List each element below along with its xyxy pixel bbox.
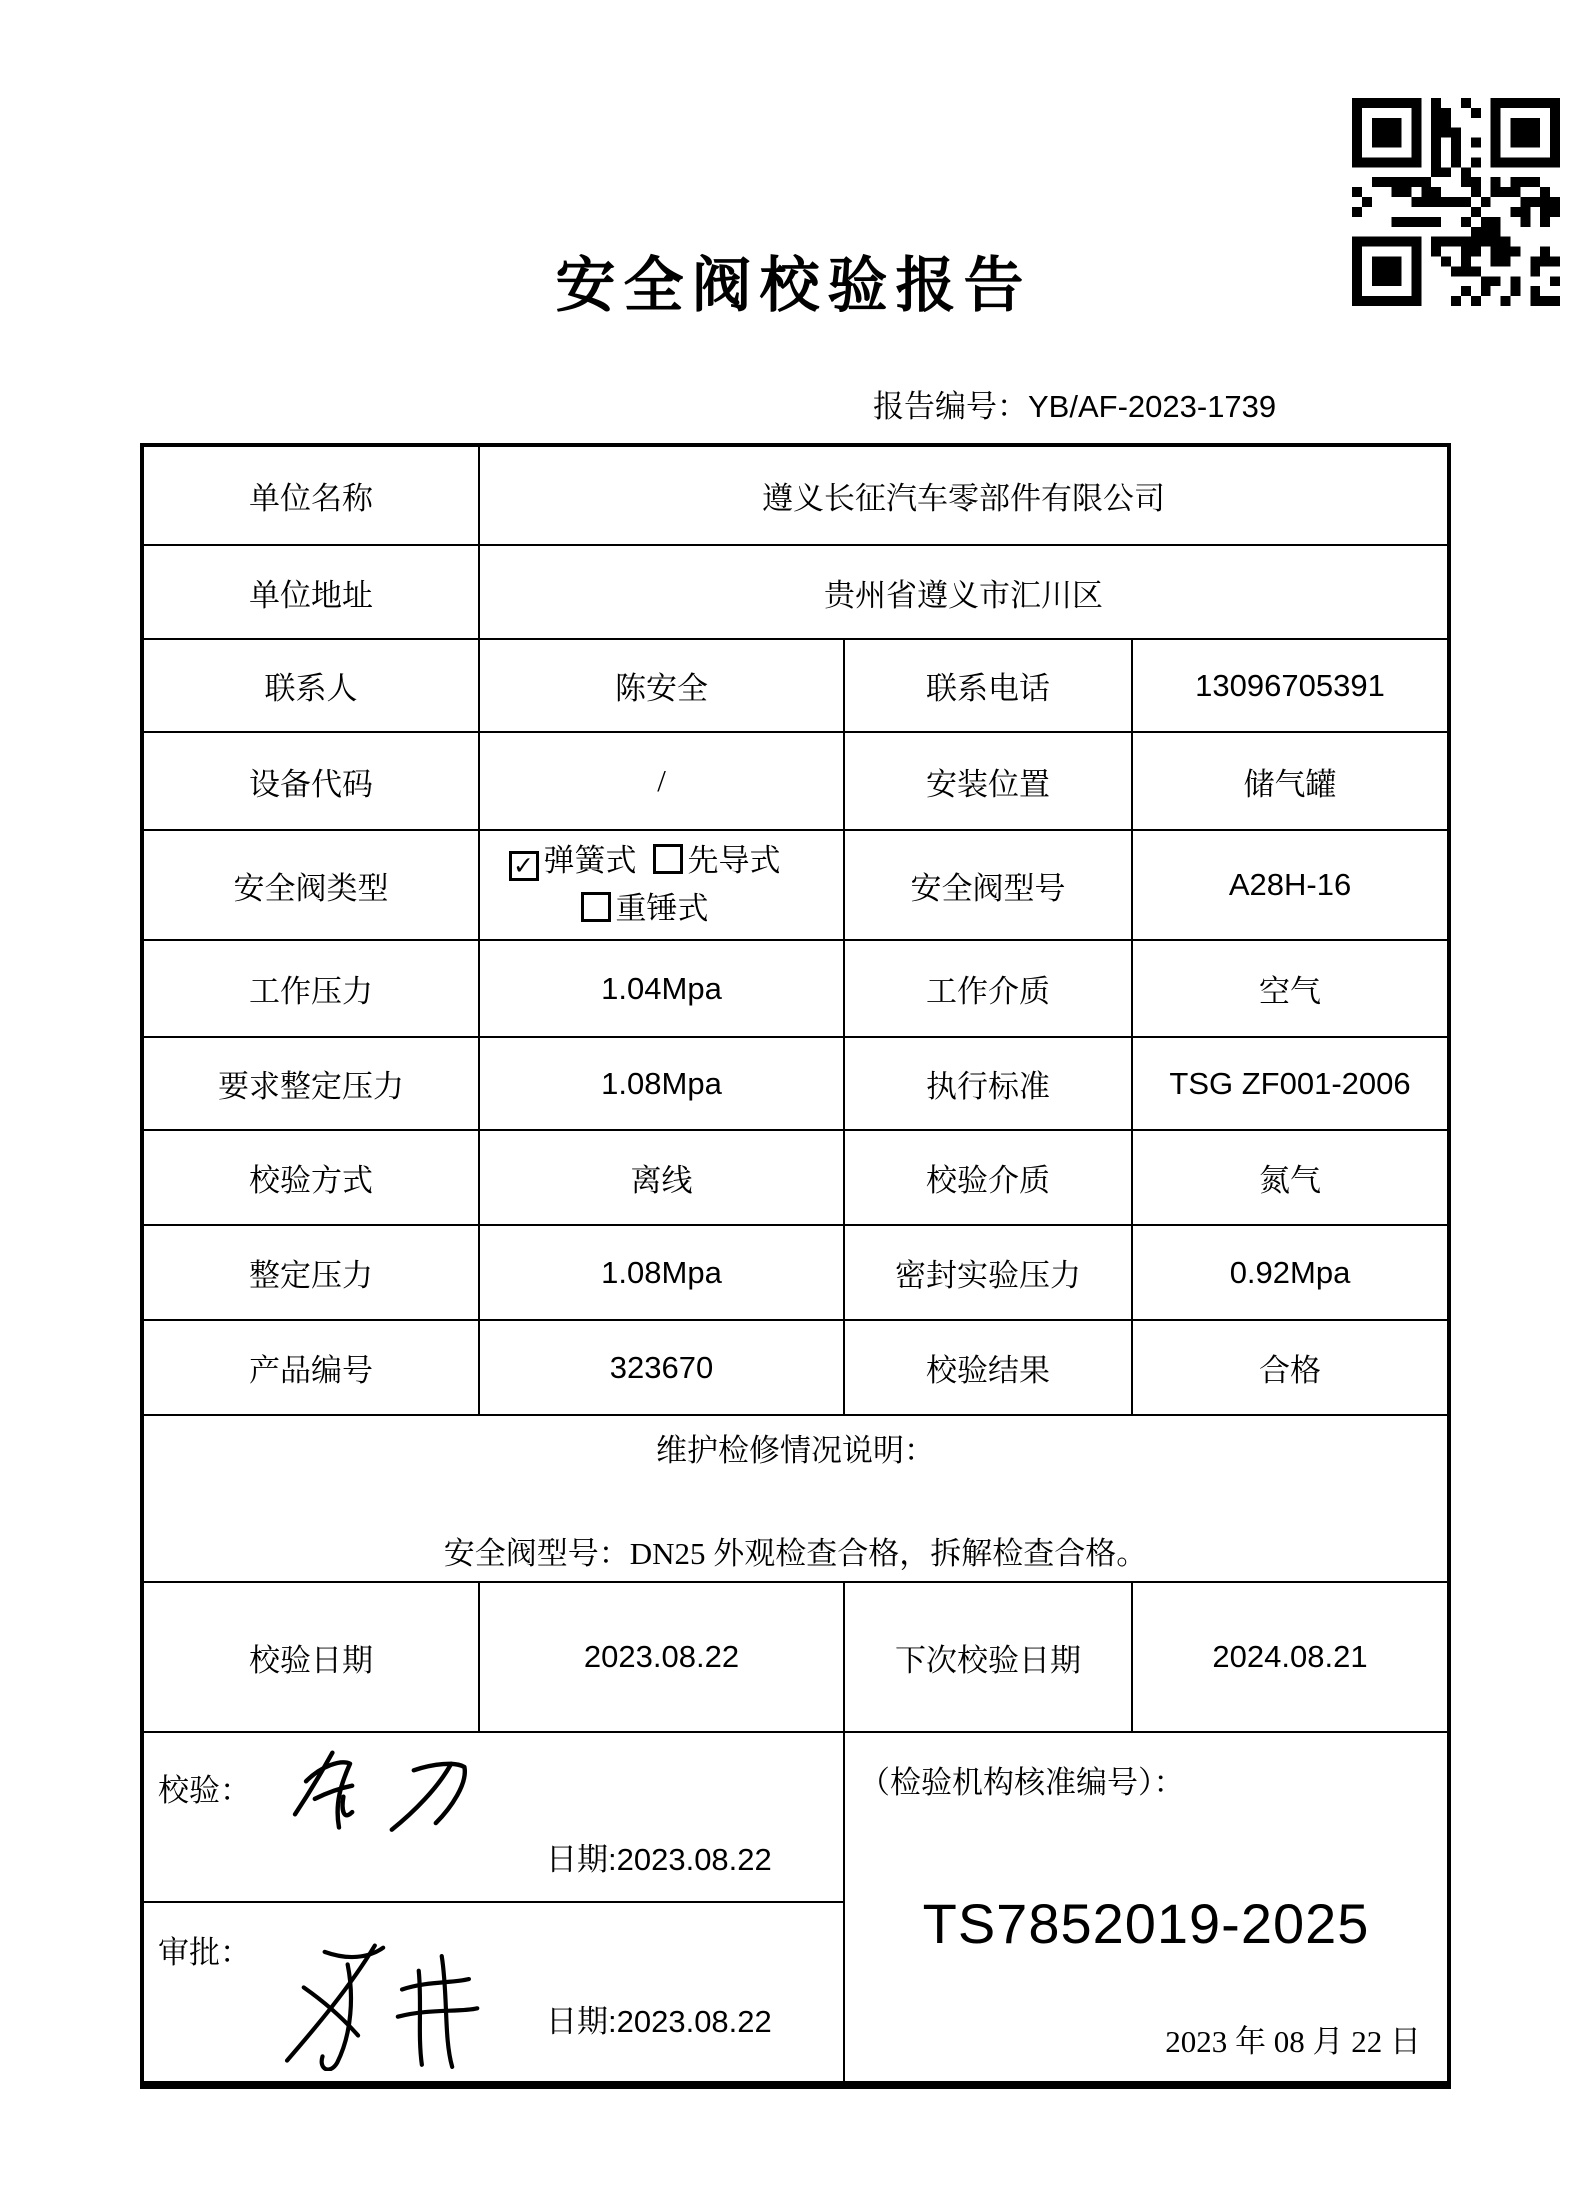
field-value-result: 合格	[1132, 1320, 1449, 1415]
maintenance-note-title: 维护检修情况说明：	[144, 1425, 1447, 1470]
approver-date: 日期:2023.08.22	[546, 1996, 772, 2041]
report-number-value: YB/AF-2023-1739	[1028, 389, 1276, 424]
table-row: 校验： 日期:2023.08.22 （检验机构核准编号）： TS7852019-…	[142, 1732, 1449, 1902]
field-value-work-medium: 空气	[1132, 940, 1449, 1037]
field-value-calibration-date: 2023.08.22	[479, 1582, 844, 1732]
valve-type-option-label: 弹簧式	[544, 843, 637, 878]
approver-cell: 审批： 日期:2023.08.22	[142, 1902, 844, 2085]
field-label-unit-addr: 单位地址	[142, 545, 479, 639]
field-value-calibration-method: 离线	[479, 1130, 844, 1225]
field-label-work-medium: 工作介质	[844, 940, 1132, 1037]
field-label-standard: 执行标准	[844, 1037, 1132, 1130]
verifier-label: 校验：	[158, 1765, 251, 1810]
field-value-contact: 陈安全	[479, 639, 844, 732]
field-label-next-calibration-date: 下次校验日期	[844, 1582, 1132, 1732]
field-value-set-pressure: 1.08Mpa	[479, 1225, 844, 1320]
page-title: 安全阀校验报告	[0, 238, 1587, 324]
field-value-install-pos: 储气罐	[1132, 732, 1449, 830]
table-row: 单位名称 遵义长征汽车零部件有限公司	[142, 445, 1449, 545]
field-label-phone: 联系电话	[844, 639, 1132, 732]
field-label-valve-type: 安全阀类型	[142, 830, 479, 940]
report-page: 安全阀校验报告 报告编号：YB/AF-2023-1739 单位名称 遵义长征汽车…	[0, 0, 1587, 2189]
field-value-required-set-pressure: 1.08Mpa	[479, 1037, 844, 1130]
table-row: 整定压力 1.08Mpa 密封实验压力 0.92Mpa	[142, 1225, 1449, 1320]
valve-type-option: 先导式	[653, 837, 781, 885]
table-row: 产品编号 323670 校验结果 合格	[142, 1320, 1449, 1415]
field-label-result: 校验结果	[844, 1320, 1132, 1415]
report-number-label: 报告编号：	[873, 389, 1028, 424]
field-label-calibration-date: 校验日期	[142, 1582, 479, 1732]
agency-code: TS7852019-2025	[845, 1891, 1447, 1956]
table-row: 校验方式 离线 校验介质 氮气	[142, 1130, 1449, 1225]
approver-signature	[264, 1931, 494, 2071]
field-label-set-pressure: 整定压力	[142, 1225, 479, 1320]
field-label-calibration-method: 校验方式	[142, 1130, 479, 1225]
checkbox-unchecked-icon	[653, 844, 683, 874]
valve-type-options: ✓弹簧式先导式重锤式	[480, 837, 825, 933]
maintenance-note-cell: 维护检修情况说明： 安全阀型号：DN25 外观检查合格，拆解检查合格。	[142, 1415, 1449, 1582]
field-label-device-code: 设备代码	[142, 732, 479, 830]
agency-label: （检验机构核准编号）：	[859, 1757, 1185, 1802]
field-value-product-no: 323670	[479, 1320, 844, 1415]
table-row: 校验日期 2023.08.22 下次校验日期 2024.08.21	[142, 1582, 1449, 1732]
field-value-phone: 13096705391	[1132, 639, 1449, 732]
valve-type-option-label: 重锤式	[616, 891, 709, 926]
field-label-install-pos: 安装位置	[844, 732, 1132, 830]
approver-label: 审批：	[158, 1927, 251, 1972]
agency-date: 2023 年 08 月 22 日	[1165, 2016, 1421, 2061]
valve-type-option-label: 先导式	[688, 843, 781, 878]
field-label-valve-model: 安全阀型号	[844, 830, 1132, 940]
field-label-required-set-pressure: 要求整定压力	[142, 1037, 479, 1130]
table-row: 联系人 陈安全 联系电话 13096705391	[142, 639, 1449, 732]
field-label-work-pressure: 工作压力	[142, 940, 479, 1037]
table-row: 要求整定压力 1.08Mpa 执行标准 TSG ZF001-2006	[142, 1037, 1449, 1130]
checkbox-checked-icon: ✓	[509, 851, 539, 881]
verifier-date: 日期:2023.08.22	[546, 1834, 772, 1879]
field-value-device-code: /	[479, 732, 844, 830]
table-row: 工作压力 1.04Mpa 工作介质 空气	[142, 940, 1449, 1037]
field-label-product-no: 产品编号	[142, 1320, 479, 1415]
field-value-unit-name: 遵义长征汽车零部件有限公司	[479, 445, 1449, 545]
field-label-calibration-medium: 校验介质	[844, 1130, 1132, 1225]
field-label-seal-test-pressure: 密封实验压力	[844, 1225, 1132, 1320]
field-value-work-pressure: 1.04Mpa	[479, 940, 844, 1037]
checkbox-unchecked-icon	[581, 892, 611, 922]
table-row: 单位地址 贵州省遵义市汇川区	[142, 545, 1449, 639]
field-value-seal-test-pressure: 0.92Mpa	[1132, 1225, 1449, 1320]
field-value-next-calibration-date: 2024.08.21	[1132, 1582, 1449, 1732]
field-label-unit-name: 单位名称	[142, 445, 479, 545]
table-row: 维护检修情况说明： 安全阀型号：DN25 外观检查合格，拆解检查合格。	[142, 1415, 1449, 1582]
valve-type-option: 重锤式	[581, 885, 709, 933]
report-number: 报告编号：YB/AF-2023-1739	[873, 381, 1276, 426]
table-row: 设备代码 / 安装位置 储气罐	[142, 732, 1449, 830]
maintenance-note-content: 安全阀型号：DN25 外观检查合格，拆解检查合格。	[144, 1528, 1447, 1573]
field-value-unit-addr: 贵州省遵义市汇川区	[479, 545, 1449, 639]
verifier-signature	[284, 1739, 504, 1839]
valve-type-option: ✓弹簧式	[509, 837, 637, 885]
field-value-valve-model: A28H-16	[1132, 830, 1449, 940]
table-row: 安全阀类型 ✓弹簧式先导式重锤式 安全阀型号 A28H-16	[142, 830, 1449, 940]
field-value-standard: TSG ZF001-2006	[1132, 1037, 1449, 1130]
field-value-calibration-medium: 氮气	[1132, 1130, 1449, 1225]
agency-cell: （检验机构核准编号）： TS7852019-2025 2023 年 08 月 2…	[844, 1732, 1449, 2085]
report-table: 单位名称 遵义长征汽车零部件有限公司 单位地址 贵州省遵义市汇川区 联系人 陈安…	[140, 443, 1451, 2089]
field-label-contact: 联系人	[142, 639, 479, 732]
verifier-cell: 校验： 日期:2023.08.22	[142, 1732, 844, 1902]
